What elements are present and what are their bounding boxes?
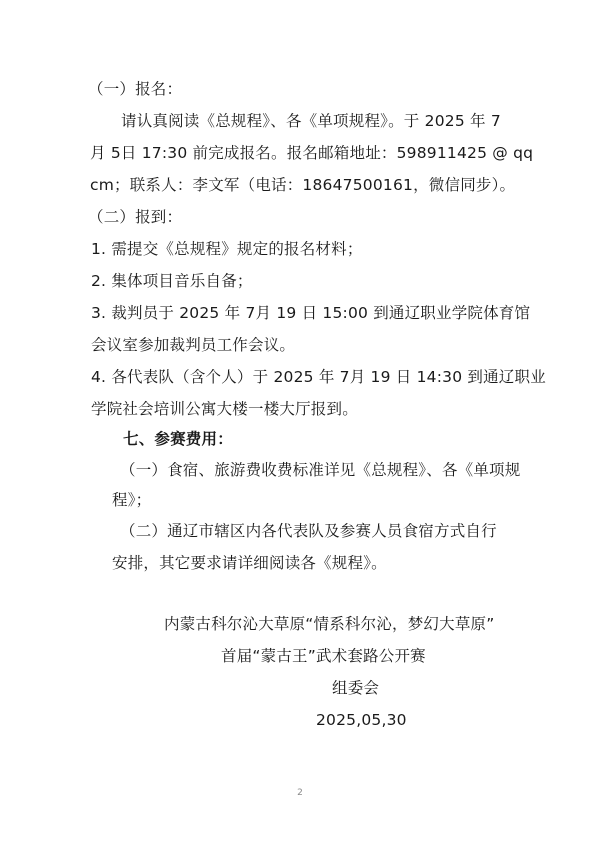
list-item: 1. 需提交《总规程》规定的报名材料； [91, 239, 363, 259]
list-item-continuation: 学院社会培训公寓大楼一楼大厅报到。 [91, 399, 358, 419]
signature-competition-line: 首届“蒙古王”武术套路公开赛 [221, 646, 426, 666]
paragraph-line: （二）通辽市辖区内各代表队及参赛人员食宿方式自行 [120, 521, 497, 541]
list-item: 3. 裁判员于 2025 年 7月 19 日 15:00 到通辽职业学院体育馆 [91, 303, 530, 323]
paragraph-line: （一）食宿、旅游费收费标准详见《总规程》、各《单项规 [120, 460, 520, 480]
document-page: （一）报名： 请认真阅读《总规程》、各《单项规程》。于 2025 年 7 月 5… [0, 0, 600, 849]
section-heading-fees: 七、参赛费用： [123, 429, 233, 449]
signature-date: 2025,05,30 [316, 710, 407, 730]
list-item: 4. 各代表队（含个人）于 2025 年 7月 19 日 14:30 到通辽职业 [91, 367, 546, 387]
signature-event-line: 内蒙古科尔沁大草原“情系科尔沁，梦幻大草原” [164, 614, 494, 634]
paragraph-line: 程》； [112, 490, 151, 510]
page-number: 2 [0, 788, 600, 798]
section-heading-registration: （一）报名： [88, 79, 182, 99]
paragraph-line: 安排，其它要求请详细阅读各《规程》。 [112, 553, 387, 573]
paragraph-line: 月 5日 17:30 前完成报名。报名邮箱地址：598911425 @ qq [90, 143, 533, 163]
list-item: 2. 集体项目音乐自备； [91, 271, 253, 291]
section-heading-checkin: （二）报到： [88, 207, 182, 227]
paragraph-line: 请认真阅读《总规程》、各《单项规程》。于 2025 年 7 [121, 111, 501, 131]
paragraph-line: cm；联系人：李文军（电话：18647500161，微信同步）。 [90, 175, 515, 195]
list-item-continuation: 会议室参加裁判员工作会议。 [91, 335, 295, 355]
signature-committee: 组委会 [332, 678, 379, 698]
